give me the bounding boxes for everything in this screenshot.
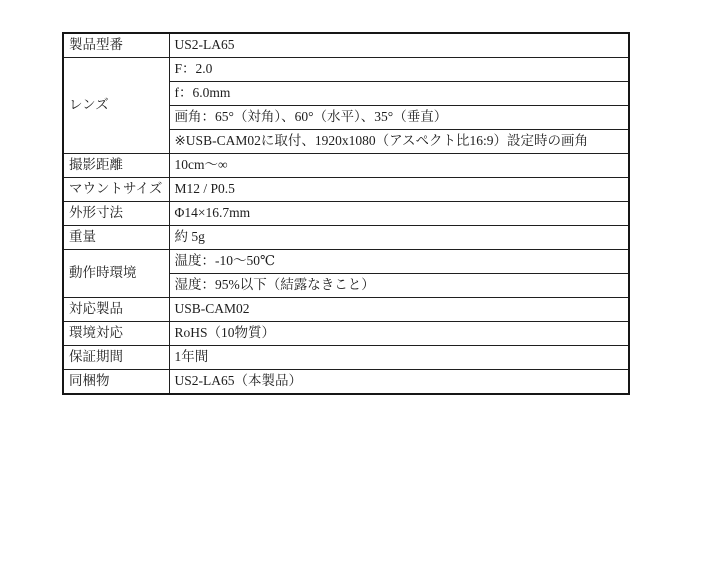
spec-value-compatible-product: USB-CAM02	[169, 298, 629, 322]
spec-value-package-contents: US2-LA65（本製品）	[169, 370, 629, 395]
table-row: 対応製品 USB-CAM02	[63, 298, 629, 322]
spec-value-operating-humidity: 湿度：95%以下（結露なきこと）	[169, 274, 629, 298]
spec-value-lens-note: ※USB-CAM02に取付、1920x1080（アスペクト比16:9）設定時の画…	[169, 130, 629, 154]
spec-label-model: 製品型番	[63, 33, 169, 58]
spec-label-compatible-product: 対応製品	[63, 298, 169, 322]
spec-value-mount-size: M12 / P0.5	[169, 178, 629, 202]
table-row: マウントサイズ M12 / P0.5	[63, 178, 629, 202]
table-row: レンズ F：2.0	[63, 58, 629, 82]
spec-label-operating-environment: 動作時環境	[63, 250, 169, 298]
table-row: 重量 約 5g	[63, 226, 629, 250]
spec-table: 製品型番 US2-LA65 レンズ F：2.0 f：6.0mm 画角：65°（対…	[62, 32, 630, 395]
table-row: 撮影距離 10cm〜∞	[63, 154, 629, 178]
table-row: 外形寸法 Φ14×16.7mm	[63, 202, 629, 226]
spec-value-environmental-compliance: RoHS（10物質）	[169, 322, 629, 346]
table-row: 同梱物 US2-LA65（本製品）	[63, 370, 629, 395]
spec-value-weight: 約 5g	[169, 226, 629, 250]
table-row: 環境対応 RoHS（10物質）	[63, 322, 629, 346]
spec-label-warranty-period: 保証期間	[63, 346, 169, 370]
spec-label-shooting-distance: 撮影距離	[63, 154, 169, 178]
spec-value-dimensions: Φ14×16.7mm	[169, 202, 629, 226]
spec-label-environmental-compliance: 環境対応	[63, 322, 169, 346]
table-row: 動作時環境 温度：-10〜50℃	[63, 250, 629, 274]
spec-label-lens: レンズ	[63, 58, 169, 154]
document-page: 製品型番 US2-LA65 レンズ F：2.0 f：6.0mm 画角：65°（対…	[0, 0, 719, 588]
spec-value-shooting-distance: 10cm〜∞	[169, 154, 629, 178]
spec-label-dimensions: 外形寸法	[63, 202, 169, 226]
spec-value-lens-angle-of-view: 画角：65°（対角）、60°（水平）、35°（垂直）	[169, 106, 629, 130]
table-row: 保証期間 1年間	[63, 346, 629, 370]
spec-value-lens-focal-length: f：6.0mm	[169, 82, 629, 106]
spec-value-model: US2-LA65	[169, 33, 629, 58]
table-row: 製品型番 US2-LA65	[63, 33, 629, 58]
spec-label-mount-size: マウントサイズ	[63, 178, 169, 202]
spec-label-weight: 重量	[63, 226, 169, 250]
spec-label-package-contents: 同梱物	[63, 370, 169, 395]
spec-value-warranty-period: 1年間	[169, 346, 629, 370]
spec-value-operating-temperature: 温度：-10〜50℃	[169, 250, 629, 274]
spec-value-lens-aperture: F：2.0	[169, 58, 629, 82]
